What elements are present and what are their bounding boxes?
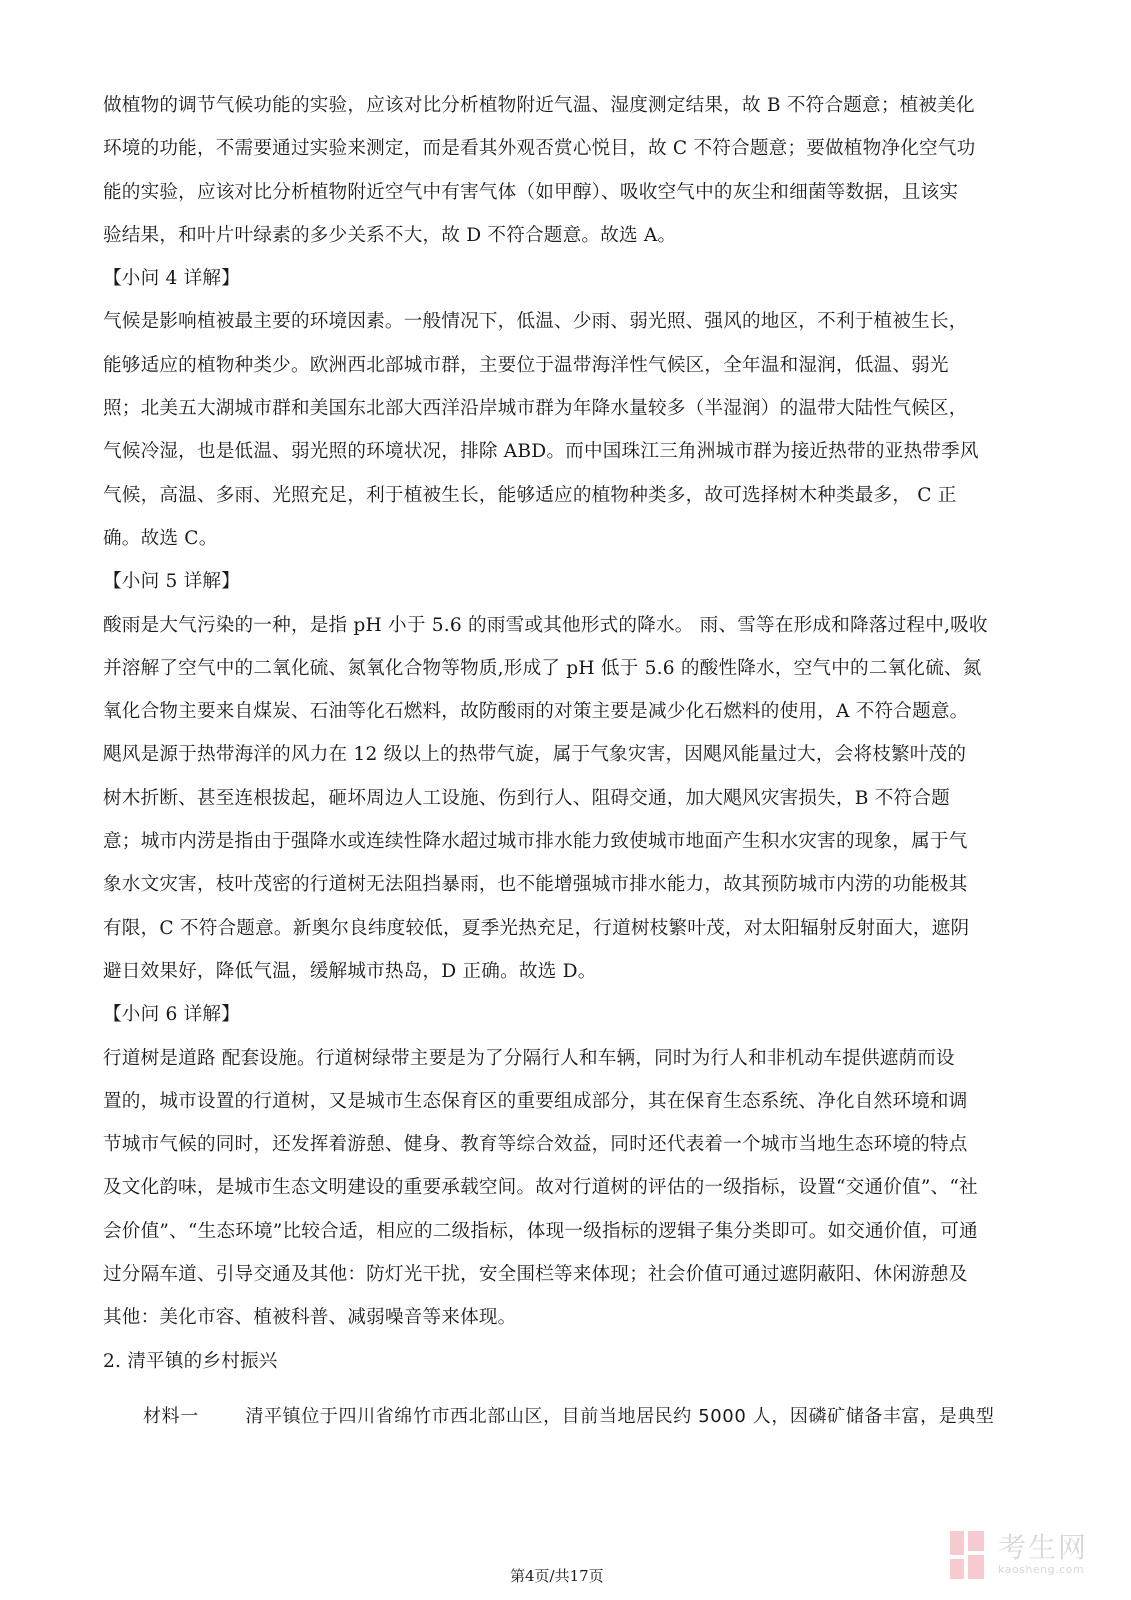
text-line: 并溶解了空气中的二氧化硫、氮氧化合物等物质,形成了 pH 低于 5.6 的酸性降… xyxy=(103,647,1028,690)
section-title: 2. 清平镇的乡村振兴 xyxy=(103,1340,1028,1383)
text-line: 做植物的调节气候功能的实验，应该对比分析植物附近气温、湿度测定结果，故 B 不符… xyxy=(103,84,1028,127)
text-line: 气候是影响植被最主要的环境因素。一般情况下，低温、少雨、弱光照、强风的地区，不利… xyxy=(103,300,1028,343)
text-line: 节城市气候的同时，还发挥着游憩、健身、教育等综合效益，同时还代表着一个城市当地生… xyxy=(103,1123,1028,1166)
text-line: 能够适应的植物种类少。欧洲西北部城市群，主要位于温带海洋性气候区，全年温和湿润，… xyxy=(103,344,1028,387)
sub-question-5-heading: 【小问 5 详解】 xyxy=(103,560,1028,603)
watermark-name: 考生网 xyxy=(998,1533,1088,1563)
text-line: 飓风是源于热带海洋的风力在 12 级以上的热带气旋，属于气象灾害，因飓风能量过大… xyxy=(103,733,1028,776)
material-label: 材料一 xyxy=(143,1406,199,1427)
text-line: 酸雨是大气污染的一种，是指 pH 小于 5.6 的雨雪或其他形式的降水。 雨、雪… xyxy=(103,604,1028,647)
text-line: 氧化合物主要来自煤炭、石油等化石燃料，故防酸雨的对策主要是减少化石燃料的使用，A… xyxy=(103,690,1028,733)
text-line: 有限，C 不符合题意。新奥尔良纬度较低，夏季光热充足，行道树枝繁叶茂，对太阳辐射… xyxy=(103,907,1028,950)
text-line: 其他：美化市容、植被科普、减弱噪音等来体现。 xyxy=(103,1296,1028,1339)
text-line: 确。故选 C。 xyxy=(103,517,1028,560)
text-line: 象水文灾害，枝叶茂密的行道树无法阻挡暴雨，也不能增强城市排水能力，故其预防城市内… xyxy=(103,863,1028,906)
kaosheng-logo-icon xyxy=(950,1531,990,1579)
page-indicator: 第4页/共17页 xyxy=(510,1565,604,1586)
document-body: 做植物的调节气候功能的实验，应该对比分析植物附近气温、湿度测定结果，故 B 不符… xyxy=(103,84,1028,1438)
sub-question-6-heading: 【小问 6 详解】 xyxy=(103,993,1028,1036)
kaosheng-watermark: 考生网 kaosheng.com xyxy=(950,1530,1110,1580)
text-line: 行道树是道路 配套设施。行道树绿带主要是为了分隔行人和车辆，同时为行人和非机动车… xyxy=(103,1037,1028,1080)
text-line: 环境的功能，不需要通过实验来测定，而是看其外观否赏心悦目，故 C 不符合题意；要… xyxy=(103,127,1028,170)
text-line: 意；城市内涝是指由于强降水或连续性降水超过城市排水能力致使城市地面产生积水灾害的… xyxy=(103,820,1028,863)
text-line: 过分隔车道、引导交通及其他：防灯光干扰，安全围栏等来体现；社会价值可通过遮阴蔽阳… xyxy=(103,1253,1028,1296)
watermark-domain: kaosheng.com xyxy=(998,1563,1088,1577)
text-line: 置的，城市设置的行道树，又是城市生态保育区的重要组成部分，其在保育生态系统、净化… xyxy=(103,1080,1028,1123)
text-line: 会价值”、“生态环境”比较合适，相应的二级指标，体现一级指标的逻辑子集分类即可。… xyxy=(103,1210,1028,1253)
sub-question-4-heading: 【小问 4 详解】 xyxy=(103,257,1028,300)
text-line: 气候，高温、多雨、光照充足，利于植被生长，能够适应的植物种类多，故可选择树木种类… xyxy=(103,474,1028,517)
text-line: 照；北美五大湖城市群和美国东北部大西洋沿岸城市群为年降水量较多（半湿润）的温带大… xyxy=(103,387,1028,430)
material-text: 清平镇位于四川省绵竹市西北部山区，目前当地居民约 5000 人，因磷矿储备丰富，… xyxy=(245,1406,994,1427)
text-line: 树木折断、甚至连根拔起，砸坏周边人工设施、伤到行人、阻碍交通，加大飓风灾害损失，… xyxy=(103,777,1028,820)
text-line: 及文化韵味，是城市生态文明建设的重要承载空间。故对行道树的评估的一级指标，设置“… xyxy=(103,1166,1028,1209)
text-line: 能的实验，应该对比分析植物附近空气中有害气体（如甲醇）、吸收空气中的灰尘和细菌等… xyxy=(103,171,1028,214)
material-paragraph: 材料一 清平镇位于四川省绵竹市西北部山区，目前当地居民约 5000 人，因磷矿储… xyxy=(103,1395,1028,1438)
text-line: 气候冷湿，也是低温、弱光照的环境状况，排除 ABD。而中国珠江三角洲城市群为接近… xyxy=(103,430,1028,473)
text-line: 避日效果好，降低气温，缓解城市热岛，D 正确。故选 D。 xyxy=(103,950,1028,993)
text-line: 验结果，和叶片叶绿素的多少关系不大，故 D 不符合题意。故选 A。 xyxy=(103,214,1028,257)
